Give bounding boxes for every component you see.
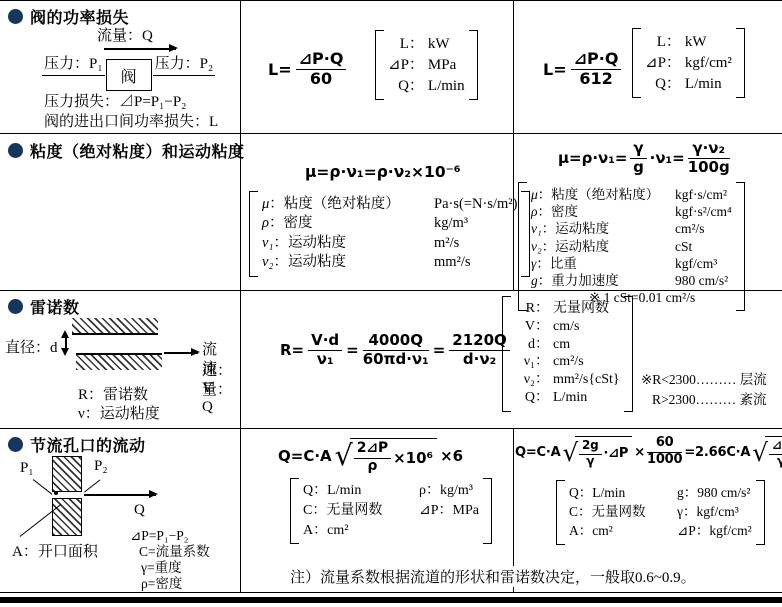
equals-sign: = <box>346 341 359 359</box>
greek-symbol: μ <box>531 187 538 202</box>
row-divider-1 <box>0 133 782 134</box>
unit-symbol: C： <box>303 503 326 518</box>
power-loss-label: 阀的进出口间功率损失：L <box>44 110 218 131</box>
fraction-denominator: ν₁ <box>308 351 342 368</box>
row2-si-formula: μ=ρ·ν₁=ρ·ν₂×10⁻⁶ <box>305 163 461 181</box>
fraction-denominator: 60 <box>296 70 347 88</box>
fraction: 2g γ <box>579 439 601 468</box>
row2-metric-units-bracket: μ：粘度（绝对粘度）kgf·s/cm² ρ：密度kgf·s²/cm⁴ ν₁：运动… <box>518 182 745 311</box>
fraction-denominator: 612 <box>571 70 622 88</box>
fraction-numerator: 2g <box>579 439 601 455</box>
row4-metric-units-bracket: Q：L/min g：980 cm/s² C：无量网数 γ：kgf/cm³ A：c… <box>556 480 765 545</box>
unit-pair: ⊿P：MPa <box>419 503 479 520</box>
label-text: ：密度 <box>537 204 578 219</box>
fraction-numerator: 2120Q <box>449 332 510 351</box>
q-label: Q <box>134 502 145 519</box>
row2-si-units-bracket: μ：粘度（绝对粘度）Pa·s(=N·s/m²) ρ：密度kg/m³ ν₁：运动粘… <box>249 191 530 277</box>
fraction-numerator: γ <box>630 140 646 159</box>
label-text: ：比重 <box>536 256 577 271</box>
flow-arrow-icon <box>84 494 156 496</box>
viscosity-legend: ν：运动粘度 <box>78 402 160 423</box>
row4-si-formula: Q=C·A √ 2⊿P ρ ×10⁶ ×6 <box>278 438 463 475</box>
fraction-denominator: γ <box>769 455 782 469</box>
equals-part: =2.66C·A <box>684 445 750 460</box>
valve-diagram: 流量：Q 压力：P₁ 阀 压力：P₂ 压力损失：⊿P=P₁−P₂ 阀的进出口间功… <box>42 24 237 130</box>
unit-value: m²/s <box>434 235 517 252</box>
unit-value: MPa <box>428 56 465 74</box>
unit-pair: g：980 cm/s² <box>677 485 752 501</box>
greek-symbol: ν₁ <box>531 221 542 236</box>
unit-pair: C：无量网数 <box>569 504 673 520</box>
unit-symbol: Q： <box>569 485 592 500</box>
flow-label: 流量：Q <box>202 357 240 416</box>
unit-value: L/min <box>428 77 465 95</box>
formula-text: μ=ρ·ν₁=ρ·ν₂×10⁻⁶ <box>305 163 461 181</box>
unit-symbol: L： <box>645 33 681 51</box>
unit-value: cm²/s <box>675 221 732 237</box>
unit-symbol: ν₂： <box>515 372 549 389</box>
fraction-denominator: ρ <box>354 459 391 475</box>
unit-label: ν₁：运动粘度 <box>531 221 671 237</box>
flow-regime-note: ※R<2300……… 层流 R>2300……… 紊流 <box>641 370 767 409</box>
fraction: ⊿P·Q 612 <box>571 50 622 89</box>
unit-symbol: ρ： <box>419 483 440 498</box>
unit-value: kW <box>685 33 732 51</box>
valve-box: 阀 <box>106 59 152 91</box>
unit-label: μ：粘度（绝对粘度） <box>262 196 430 213</box>
orifice-diagram: P₁ P₂ Q A：开口面积 ⊿P=P₁−P₂ C=流量系数 γ=重度 ρ=密度 <box>8 448 238 592</box>
unit-symbol: L： <box>388 35 424 53</box>
unit-pair: Q：L/min <box>569 485 673 501</box>
p1-label: P₁ <box>20 460 34 477</box>
unit-symbol: ⊿P： <box>419 503 453 518</box>
fraction: 4000Q 60πd·ν₁ <box>363 332 429 369</box>
pipe-wall-top <box>72 318 158 335</box>
unit-pair-empty <box>419 523 479 540</box>
section-title-text: 粘度（绝对粘度）和运动粘度 <box>30 139 245 162</box>
unit-value: 980 cm/s² <box>697 485 750 500</box>
formula-lhs: L= <box>268 60 292 79</box>
unit-value: 无量网数 <box>553 301 620 318</box>
times-sign: × <box>634 445 645 460</box>
fraction-denominator: 60πd·ν₁ <box>363 351 429 368</box>
fraction-numerator: ⊿P·Q <box>296 50 347 70</box>
formula-lhs: R= <box>280 341 304 359</box>
unit-symbol: ⊿P： <box>677 523 709 538</box>
label-text: ：重力加速度 <box>538 273 619 288</box>
unit-value: kW <box>428 35 465 53</box>
fraction: ⊿P·Q 60 <box>296 50 347 89</box>
unit-value: L/min <box>553 390 620 407</box>
fraction: 2⊿P ρ <box>354 441 391 475</box>
section-title-viscosity: 粘度（绝对粘度）和运动粘度 <box>8 139 245 162</box>
unit-value: cm <box>553 337 620 354</box>
unit-value: 无量网数 <box>326 503 382 518</box>
fraction: 60 1000 <box>647 436 682 468</box>
table-border-bottom-thick <box>0 597 782 603</box>
greek-symbol: ρ <box>262 215 269 231</box>
fraction-denominator: 1000 <box>647 453 682 468</box>
fraction: V·d ν₁ <box>308 332 342 369</box>
flow-label: 流量：Q <box>97 24 153 45</box>
area-label: A：开口面积 <box>12 540 98 561</box>
fraction-numerator: γ·ν₂ <box>688 140 730 159</box>
greek-symbol: ν₂ <box>262 254 273 270</box>
column-divider-1 <box>240 0 241 592</box>
unit-symbol: d： <box>515 337 549 354</box>
greek-symbol: ν₁ <box>262 235 273 251</box>
p1-pointer-line <box>33 479 53 495</box>
pressure-loss-label: 压力损失：⊿P=P₁−P₂ <box>44 90 186 111</box>
label-text: ：密度 <box>269 215 313 231</box>
unit-value: kgf/cm² <box>685 54 732 72</box>
label-text: ：运动粘度 <box>273 235 346 251</box>
diameter-arrow-icon <box>65 337 67 349</box>
unit-label: ρ：密度 <box>531 204 671 220</box>
unit-value: kgf/cm² <box>709 523 751 538</box>
unit-symbol: Q： <box>515 390 549 407</box>
row3-units-bracket: R：无量网数 V：cm/s d：cm ν₁：cm²/s ν₂：mm²/s{cSt… <box>502 296 633 412</box>
formula-mid: ·ν₁= <box>650 149 685 167</box>
hydraulic-formula-table: 阀的功率损失 流量：Q 压力：P₁ 阀 压力：P₂ 压力损失：⊿P=P₁−P₂ … <box>0 0 782 607</box>
def-c: C=流量系数 <box>139 544 210 560</box>
orifice-point <box>54 491 58 495</box>
fraction-denominator: d·ν₂ <box>449 351 510 368</box>
pressure-p2-label: 压力：P₂ <box>153 52 216 76</box>
fraction-numerator: ⊿P·Q <box>571 50 622 70</box>
unit-value: 无量网数 <box>592 504 646 519</box>
label-text: ：粘度（绝对粘度） <box>269 196 400 212</box>
reynolds-legend: R：雷诺数 <box>78 383 148 404</box>
greek-symbol: g <box>531 273 538 288</box>
unit-value: kg/m³ <box>434 215 517 232</box>
unit-label: ρ：密度 <box>262 215 430 232</box>
footnote: 注）流量系数根据流道的形状和雷诺数决定，一般取0.6~0.9。 <box>286 566 700 587</box>
unit-value: cm²/s <box>553 354 620 371</box>
fraction-numerator: 60 <box>647 436 682 453</box>
laminar-note: ※R<2300……… 层流 <box>641 370 767 390</box>
unit-symbol: ⊿P： <box>388 56 424 74</box>
fraction: ⊿P γ <box>769 439 782 468</box>
label-text: ：运动粘度 <box>542 221 610 236</box>
flow-arrow-icon <box>164 352 198 354</box>
unit-value: kgf·s/cm² <box>675 187 732 203</box>
unit-value: cm² <box>327 523 348 538</box>
formula-lhs: L= <box>543 60 567 79</box>
formula-pre: μ=ρ·ν₁= <box>558 149 627 167</box>
unit-value: L/min <box>685 75 732 93</box>
unit-value: kgf/cm³ <box>675 256 732 272</box>
fraction-denominator: γ <box>579 455 601 469</box>
square-root: √ ⊿P γ <box>752 436 782 468</box>
row3-formula: R= V·d ν₁ = 4000Q 60πd·ν₁ = 2120Q d·ν₂ <box>280 332 510 369</box>
formula-pre: Q=C·A <box>278 447 332 465</box>
unit-symbol: g： <box>677 485 697 500</box>
unit-value: kg/m³ <box>440 483 473 498</box>
unit-value: kgf·s²/cm⁴ <box>675 204 732 220</box>
flow-arrow-icon <box>104 48 176 50</box>
unit-label: ν₂：运动粘度 <box>262 254 430 271</box>
fraction: 2120Q d·ν₂ <box>449 332 510 369</box>
square-root: √ 2⊿P ρ ×10⁶ <box>335 438 437 475</box>
square-root: √ 2g γ ·⊿P <box>562 436 632 468</box>
bullet-icon <box>8 9 23 24</box>
unit-pair: Q：L/min <box>303 483 415 500</box>
table-border-bottom-thin <box>0 592 782 593</box>
unit-value: kgf/cm³ <box>696 504 738 519</box>
row2-metric-formula: μ=ρ·ν₁= γ g ·ν₁= γ·ν₂ 100g <box>558 140 730 177</box>
p2-pointer-line <box>84 479 101 492</box>
row1-si-formula: L= ⊿P·Q 60 <box>268 50 346 89</box>
unit-symbol: ⊿P： <box>645 54 681 72</box>
row-divider-3 <box>0 428 782 429</box>
unit-symbol: R： <box>515 301 549 318</box>
radicand-suffix: ·⊿P <box>604 446 629 461</box>
row4-si-units-bracket: Q：L/min ρ：kg/m³ C：无量网数 ⊿P：MPa A：cm² <box>290 478 492 544</box>
fraction-numerator: V·d <box>308 332 342 351</box>
p2-label: P₂ <box>94 458 108 475</box>
table-border-top <box>0 0 782 1</box>
orifice-definitions: ⊿P=P₁−P₂ C=流量系数 γ=重度 ρ=密度 <box>130 528 210 592</box>
unit-pair: γ：kgf/cm³ <box>677 504 752 520</box>
unit-pair: ⊿P：kgf/cm² <box>677 523 752 539</box>
unit-value: cm/s <box>553 319 620 336</box>
diameter-label: 直径：d <box>5 336 58 357</box>
fraction: γ·ν₂ 100g <box>688 140 730 177</box>
unit-label: ν₂：运动粘度 <box>531 239 671 255</box>
orifice-wall-top <box>52 456 82 492</box>
unit-value: 980 cm/s² <box>675 273 732 289</box>
greek-symbol: ν₂ <box>531 239 542 254</box>
unit-symbol: γ： <box>677 504 696 519</box>
label-text: ：粘度（绝对粘度） <box>538 187 660 202</box>
fraction-numerator: 2⊿P <box>354 441 391 459</box>
orifice-wall-bottom <box>52 498 82 536</box>
pipe-diagram: 直径：d 流速：V 流量：Q R：雷诺数 ν：运动粘度 <box>0 290 240 428</box>
unit-symbol: Q： <box>388 77 424 95</box>
unit-pair: ρ：kg/m³ <box>419 483 479 500</box>
label-text: ：运动粘度 <box>542 239 610 254</box>
unit-symbol: ν₁： <box>515 354 549 371</box>
turbulent-note: R>2300……… 紊流 <box>652 390 767 410</box>
row1-si-units-bracket: L：kW ⊿P：MPa Q：L/min <box>375 30 478 100</box>
unit-label: ν₁：运动粘度 <box>262 235 430 252</box>
unit-label: γ：比重 <box>531 256 671 272</box>
equals-sign: = <box>433 341 446 359</box>
unit-symbol: C： <box>569 504 592 519</box>
bullet-icon <box>8 143 23 158</box>
unit-pair: C：无量网数 <box>303 503 415 520</box>
unit-value: cSt <box>675 239 732 255</box>
unit-symbol: V： <box>515 319 549 336</box>
unit-value: Pa·s(=N·s/m²) <box>434 196 517 213</box>
pipe-wall-bottom <box>76 353 162 370</box>
fraction-denominator: 100g <box>688 159 730 176</box>
formula-post: ×6 <box>440 447 463 465</box>
unit-value: mm²/s{cSt} <box>553 372 620 389</box>
label-text: ：运动粘度 <box>273 254 346 270</box>
fraction-numerator: ⊿P <box>769 439 782 455</box>
radicand-suffix: ×10⁶ <box>393 449 433 467</box>
fraction: γ g <box>630 140 646 177</box>
formula-pre: Q=C·A <box>515 445 560 460</box>
unit-pair: A：cm² <box>569 523 673 539</box>
valve-pipe-assembly: 压力：P₁ 阀 压力：P₂ <box>42 52 215 76</box>
unit-symbol: Q： <box>645 75 681 93</box>
fraction-numerator: 4000Q <box>363 332 429 351</box>
unit-symbol: Q： <box>303 483 327 498</box>
unit-symbol: A： <box>303 523 327 538</box>
unit-value: L/min <box>327 483 361 498</box>
def-dp: ⊿P=P₁−P₂ <box>130 528 210 544</box>
row4-metric-formula: Q=C·A √ 2g γ ·⊿P × 60 1000 =2.66C·A √ ⊿P… <box>515 436 782 468</box>
unit-value: MPa <box>453 503 479 518</box>
fraction-denominator: g <box>630 159 646 176</box>
unit-label: μ：粘度（绝对粘度） <box>531 187 671 203</box>
def-gamma: γ=重度 <box>141 560 210 576</box>
unit-value: cm² <box>592 523 613 538</box>
def-rho: ρ=密度 <box>141 576 210 592</box>
unit-pair: A：cm² <box>303 523 415 540</box>
unit-value: mm²/s <box>434 254 517 271</box>
row1-metric-formula: L= ⊿P·Q 612 <box>543 50 621 89</box>
pressure-p1-label: 压力：P₁ <box>42 52 105 76</box>
unit-label: g：重力加速度 <box>531 273 671 289</box>
unit-value: L/min <box>592 485 625 500</box>
row1-metric-units-bracket: L：kW ⊿P：kgf/cm² Q：L/min <box>632 28 745 98</box>
unit-symbol: A： <box>569 523 592 538</box>
